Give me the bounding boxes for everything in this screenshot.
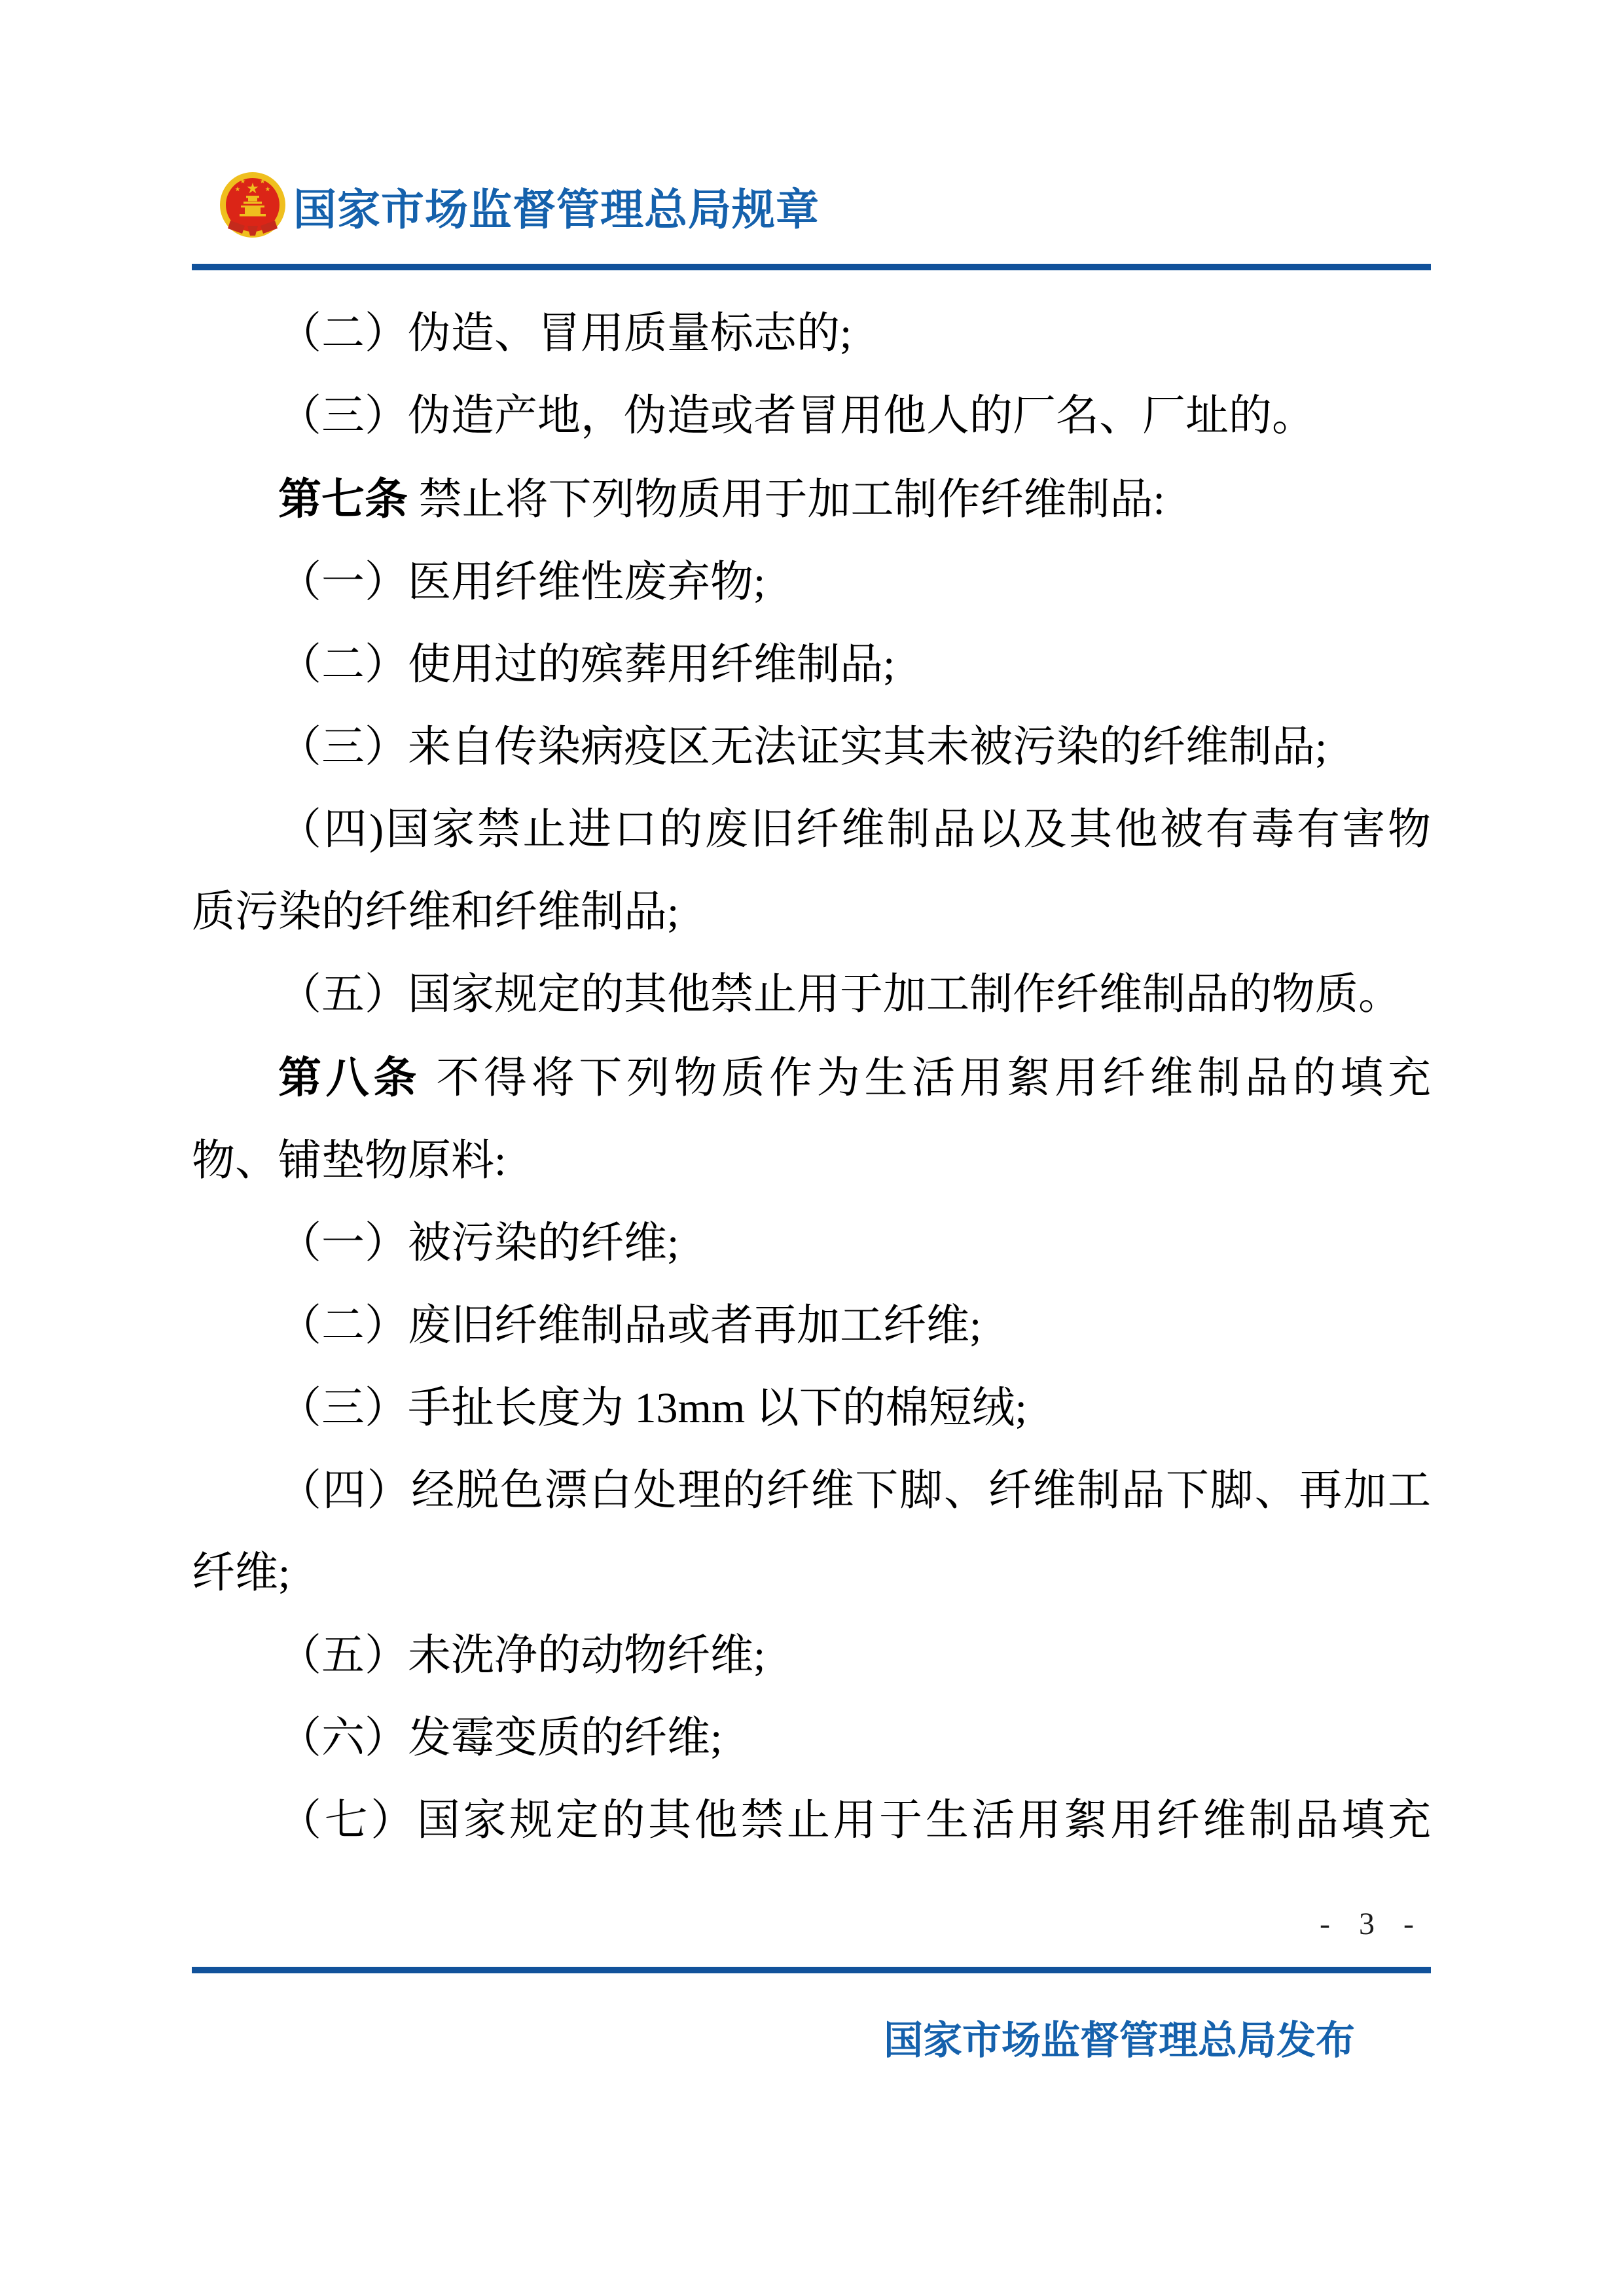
body-line: （二）使用过的殡葬用纤维制品; — [192, 624, 1431, 706]
document-page: 国家市场监督管理总局规章 （二）伪造、冒用质量标志的; （三）伪造产地，伪造或者… — [0, 0, 1624, 2296]
body-line: （一）医用纤维性废弃物; — [192, 541, 1431, 624]
body-line: 第七条 禁止将下列物质用于加工制作纤维制品: — [192, 457, 1431, 541]
body-line: （三）手扯长度为 13mm 以下的棉短绒; — [192, 1367, 1431, 1450]
body-line: （三）来自传染病疫区无法证实其未被污染的纤维制品; — [192, 706, 1431, 789]
body-line: （五）国家规定的其他禁止用于加工制作纤维制品的物质。 — [192, 954, 1431, 1036]
article-number: 第八条 — [278, 1053, 421, 1102]
body-line: （二）废旧纤维制品或者再加工纤维; — [192, 1285, 1431, 1367]
line-text: 禁止将下列物质用于加工制作纤维制品: — [408, 476, 1165, 524]
body-line: （七）国家规定的其他禁止用于生活用絮用纤维制品填充 — [192, 1780, 1431, 1862]
header-rule — [192, 264, 1431, 270]
body-line: （六）发霉变质的纤维; — [192, 1697, 1431, 1780]
body-line: 第八条 不得将下列物质作为生活用絮用纤维制品的填充 — [192, 1036, 1431, 1120]
body-line: （三）伪造产地，伪造或者冒用他人的厂名、厂址的。 — [192, 375, 1431, 457]
body-line: 物、铺垫物原料: — [192, 1120, 1431, 1202]
body-line: （二）伪造、冒用质量标志的; — [192, 293, 1431, 375]
line-text: 不得将下列物质作为生活用絮用纤维制品的填充 — [421, 1054, 1431, 1102]
body-line: （五）未洗净的动物纤维; — [192, 1615, 1431, 1697]
page-header-title: 国家市场监督管理总局规章 — [293, 187, 820, 232]
china-national-emblem-icon — [219, 170, 287, 243]
article-number: 第七条 — [278, 475, 408, 523]
publisher-label: 国家市场监督管理总局发布 — [884, 2009, 1355, 2066]
body-line: （四)国家禁止进口的废旧纤维制品以及其他被有毒有害物 — [192, 789, 1431, 871]
body-line: （四）经脱色漂白处理的纤维下脚、纤维制品下脚、再加工 — [192, 1450, 1431, 1532]
body-line: （一）被污染的纤维; — [192, 1202, 1431, 1285]
footer-rule — [192, 1967, 1431, 1973]
document-body: （二）伪造、冒用质量标志的; （三）伪造产地，伪造或者冒用他人的厂名、厂址的。 … — [192, 293, 1431, 1862]
body-line: 质污染的纤维和纤维制品; — [192, 871, 1431, 954]
body-line: 纤维; — [192, 1532, 1431, 1615]
page-number: - 3 - — [1320, 1906, 1424, 1942]
